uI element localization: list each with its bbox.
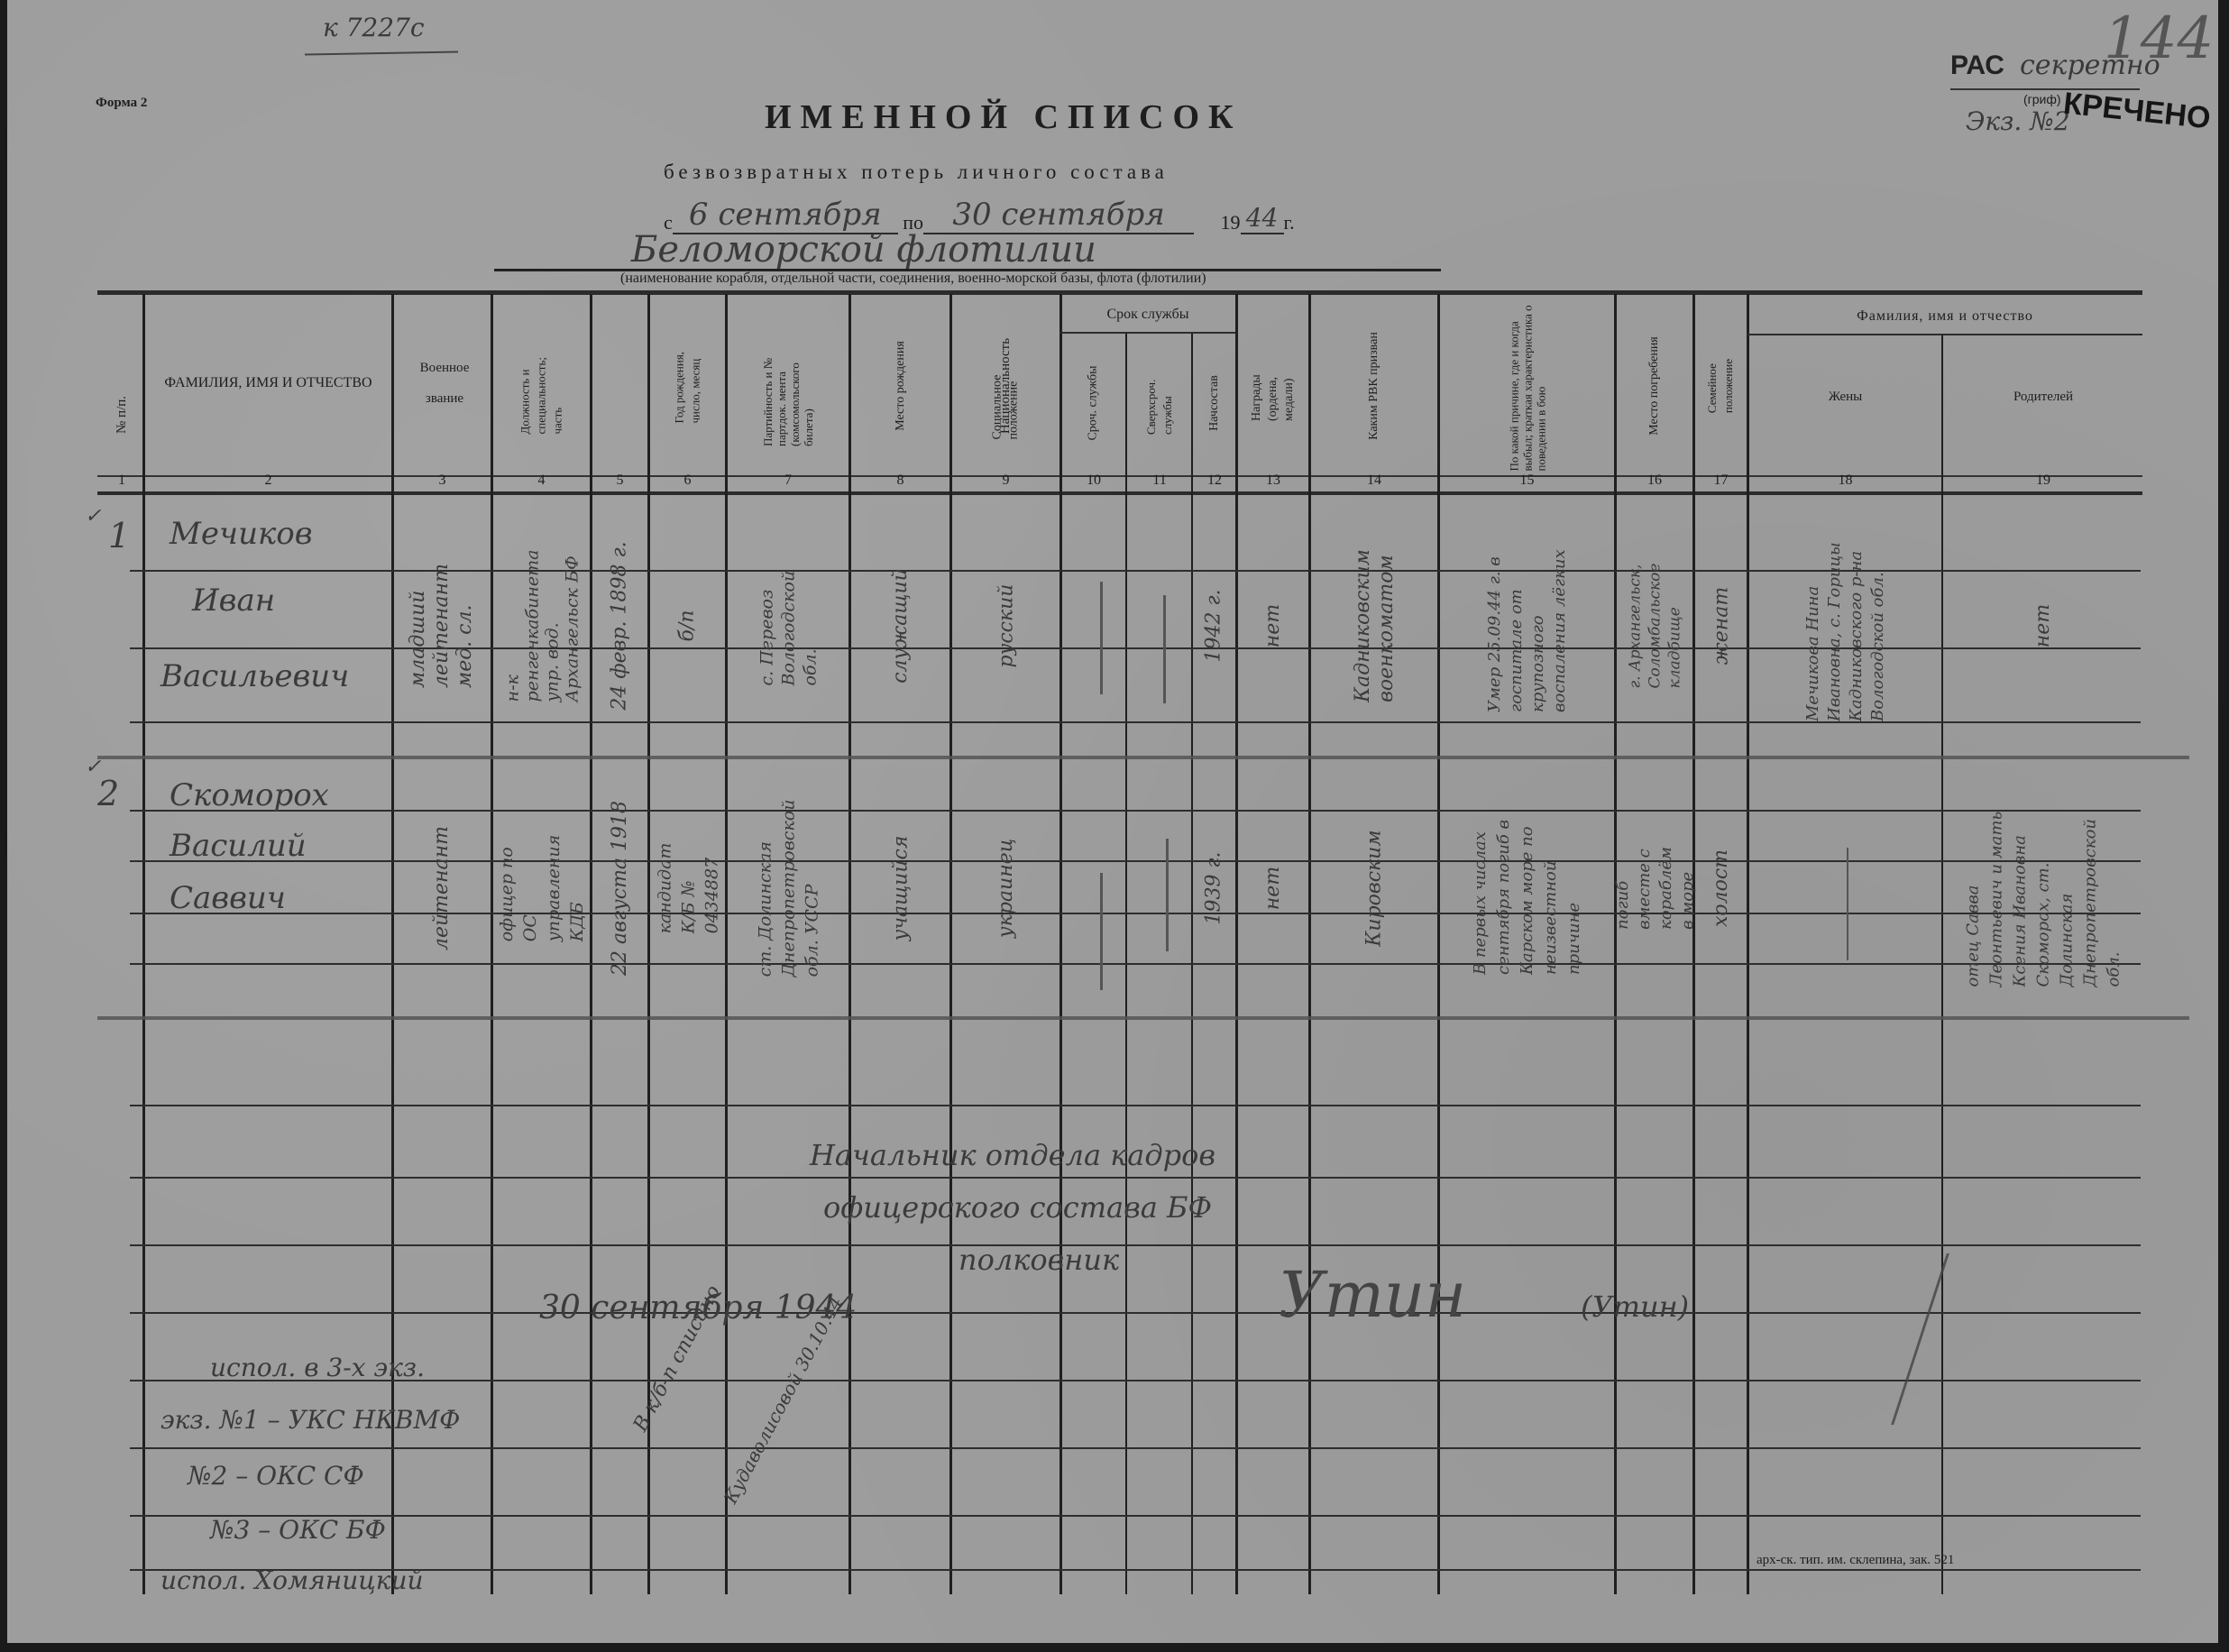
header-col-6: Партийность и № партдок. мента (комсомол… xyxy=(728,298,848,473)
header-col-9-nationality: Национальность xyxy=(952,298,1059,473)
col-number: 7 xyxy=(728,469,848,492)
header-col-14: Каким РВК призван xyxy=(1311,298,1437,473)
ruled-line xyxy=(130,1244,2141,1246)
header-col-13: Награды (ордена, медали) xyxy=(1238,298,1308,473)
row-2-position: офицер по ОС управления КДБ xyxy=(494,759,590,1016)
row-2-nationality: украинец xyxy=(953,759,1059,1016)
archive-ref-underline xyxy=(305,51,458,56)
col-number: 3 xyxy=(394,469,491,492)
row-2-wife-dash xyxy=(1847,848,1848,960)
row-1-patronymic: Васильевич xyxy=(161,658,349,694)
signature: Утин xyxy=(1279,1258,1466,1332)
row-1-reason: Умер 25.09.44 г. в госпитале от крупозно… xyxy=(1441,496,1614,756)
row-2-term-dash xyxy=(1100,873,1103,990)
header-col-19: Родителей xyxy=(1944,379,2142,415)
row-2-reason: В первых числах сентября погиб в Карском… xyxy=(1441,759,1614,1016)
ruled-line xyxy=(130,1105,2141,1106)
row-1-rvk: Кадниковским военкоматом xyxy=(1312,496,1437,756)
row-2-birthplace: ст. Долинская Днепропетровской обл. УССР xyxy=(729,759,848,1016)
row-2-family: холост xyxy=(1696,759,1747,1016)
ruled-line xyxy=(130,1515,2141,1517)
row-1-party: б/п xyxy=(651,496,725,756)
header-col-4: Должность и специальность; часть xyxy=(493,298,590,473)
row-separator xyxy=(97,1016,2189,1020)
stamp-copy-number: Экз. №2 xyxy=(1966,106,2070,136)
header-col-17: Семейное положение xyxy=(1695,298,1747,473)
row-1-parents: нет xyxy=(1945,496,2142,756)
row-1-first-name: Иван xyxy=(192,583,275,619)
form-label: Форма 2 xyxy=(96,96,147,111)
stamp-rass: РАС xyxy=(1950,50,2004,81)
note-executor: испол. Хомяницкий xyxy=(161,1565,424,1595)
page-title: ИМЕННОЙ СПИСОК xyxy=(765,97,1243,137)
note-copies-2: экз. №1 – УКС НКВМФ xyxy=(161,1405,460,1435)
header-col-2: ФАМИЛИЯ, ИМЯ И ОТЧЕСТВО xyxy=(145,343,391,424)
signature-title-line-2: офицерского состава БФ xyxy=(823,1190,1212,1225)
row-1-position: н-к ренгенкабинета упр. вод. Архангельск… xyxy=(494,496,590,756)
note-copies-3: №2 – ОКС СФ xyxy=(188,1461,364,1491)
row-1-nachsostav: 1942 г. xyxy=(1194,496,1235,756)
header-col-10: Сроч. службы xyxy=(1062,335,1125,471)
col-number: 17 xyxy=(1695,469,1747,492)
row-1-number: 1 xyxy=(108,516,130,555)
col-number: 11 xyxy=(1128,469,1191,492)
header-col-7: Место рождения xyxy=(851,298,949,473)
header-col-15: По какой причине, где и когда выбыл; кра… xyxy=(1440,298,1614,473)
header-col-1: № п/п. xyxy=(101,361,142,469)
header-col-11: Сверхсроч. службы xyxy=(1128,335,1191,471)
unit-caption: (наименование корабля, отдельной части, … xyxy=(620,271,1206,287)
declassified-stamp: КРЕЧЕНО xyxy=(2061,87,2212,137)
diagonal-note-line-1: В к/б-п xyxy=(629,1362,683,1435)
relatives-rule xyxy=(1747,334,2142,335)
stamp-secret-handwritten: секретно xyxy=(2020,50,2160,81)
col-number: 16 xyxy=(1617,469,1692,492)
printer-imprint: арх-ск. тип. им. склепина, зак. 521 xyxy=(1757,1553,1954,1568)
note-copies-4: №3 – ОКС БФ xyxy=(210,1515,386,1545)
row-1-birthplace: с. Перевоз Вологодской обл. xyxy=(729,496,848,756)
header-col-3: Военное звание xyxy=(404,343,485,424)
secondary-signature xyxy=(1891,1253,2031,1425)
row-1-awards: нет xyxy=(1239,496,1308,756)
row-1-wife: Мечикова Нина Ивановна, с. Горицы Кадник… xyxy=(1750,496,1941,756)
stamp-divider xyxy=(1950,88,2140,90)
row-2-birth: 22 августа 1918 xyxy=(593,759,647,1016)
row-1-social: служащий xyxy=(852,496,949,756)
row-2-social: учащийся xyxy=(852,759,949,1016)
row-1-nationality: русский xyxy=(953,496,1059,756)
row-1-surname: Мечиков xyxy=(170,516,313,552)
group-header-service-term: Срок службы xyxy=(1060,301,1235,328)
ruled-line xyxy=(130,1380,2141,1381)
col-number: 4 xyxy=(493,469,590,492)
stamp-grif: (гриф) xyxy=(2023,92,2061,106)
col-number: 1 xyxy=(101,469,142,492)
row-1-checkmark: ✓ xyxy=(85,505,101,528)
ruled-line xyxy=(130,1447,2141,1449)
header-col-12: Начсостав xyxy=(1194,335,1235,471)
loss-list-document: к 7227с Форма 2 144 РАС секретно (гриф) … xyxy=(7,0,2218,1643)
row-2-rank: лейтенант xyxy=(395,759,489,1016)
row-2-burial: погиб вместе с кораблём в море xyxy=(1618,759,1692,1016)
header-col-5: Год рождения, число, месяц xyxy=(650,298,725,473)
ruled-line xyxy=(130,1177,2141,1179)
signature-title-line-1: Начальник отдела кадров xyxy=(810,1138,1215,1172)
col-number: 2 xyxy=(145,469,391,492)
page-subtitle: безвозвратных потерь личного состава xyxy=(664,161,1169,184)
row-2-extended-term-dash xyxy=(1166,839,1169,951)
row-2-surname: Скоморох xyxy=(170,777,329,813)
col-number: 18 xyxy=(1749,469,1941,492)
col-number: 14 xyxy=(1311,469,1437,492)
col-number: 10 xyxy=(1062,469,1125,492)
row-2-first-name: Василий xyxy=(170,828,307,864)
row-2-patronymic: Саввич xyxy=(170,880,286,916)
note-copies-1: испол. в 3-х экз. xyxy=(210,1353,425,1382)
signature-name: (Утин) xyxy=(1581,1289,1689,1324)
row-1-burial: г. Архангельск, Соломбальское кладбище xyxy=(1618,496,1692,756)
row-2-number: 2 xyxy=(97,774,119,813)
diagonal-note-line-3: Кудаволисовой xyxy=(720,1369,807,1507)
ruled-line xyxy=(130,1569,2141,1571)
row-1-birth: 24 февр. 1898 г. xyxy=(593,496,647,756)
col-number: 9 xyxy=(952,469,1059,492)
header-col-18: Жены xyxy=(1749,379,1941,415)
row-2-nachsostav: 1939 г. xyxy=(1194,759,1235,1016)
archive-reference: к 7227с xyxy=(323,13,425,42)
unit-name: Беломорской флотилии xyxy=(631,229,1407,271)
row-1-rank: младший лейтенант мед. сл. xyxy=(395,496,489,756)
row-2-party: кандидат К/Б № 0434887 xyxy=(651,759,725,1016)
col-number: 15 xyxy=(1440,469,1614,492)
ruled-line xyxy=(130,1312,2141,1314)
col-number: 6 xyxy=(650,469,725,492)
header-col-16: Место погребения xyxy=(1617,298,1692,473)
col-number: 19 xyxy=(1944,469,2142,492)
row-2-awards: нет xyxy=(1239,759,1308,1016)
row-2-rvk: Кировским xyxy=(1312,759,1437,1016)
signature-rank: полковник xyxy=(959,1243,1119,1277)
row-2-parents: отец Савва Леонтьевич и мать Ксения Иван… xyxy=(1945,759,2142,1016)
row-1-family: женат xyxy=(1696,496,1747,756)
group-header-relatives: Фамилия, имя и отчество xyxy=(1747,303,2142,330)
service-term-rule xyxy=(1060,332,1235,334)
table-top-border xyxy=(97,290,2142,295)
col-number: 8 xyxy=(851,469,949,492)
row-1-extended-term-dash xyxy=(1163,595,1166,703)
row-1-term-dash xyxy=(1100,582,1103,694)
col-number: 12 xyxy=(1194,469,1235,492)
col-number: 5 xyxy=(592,469,647,492)
col-number: 13 xyxy=(1238,469,1308,492)
